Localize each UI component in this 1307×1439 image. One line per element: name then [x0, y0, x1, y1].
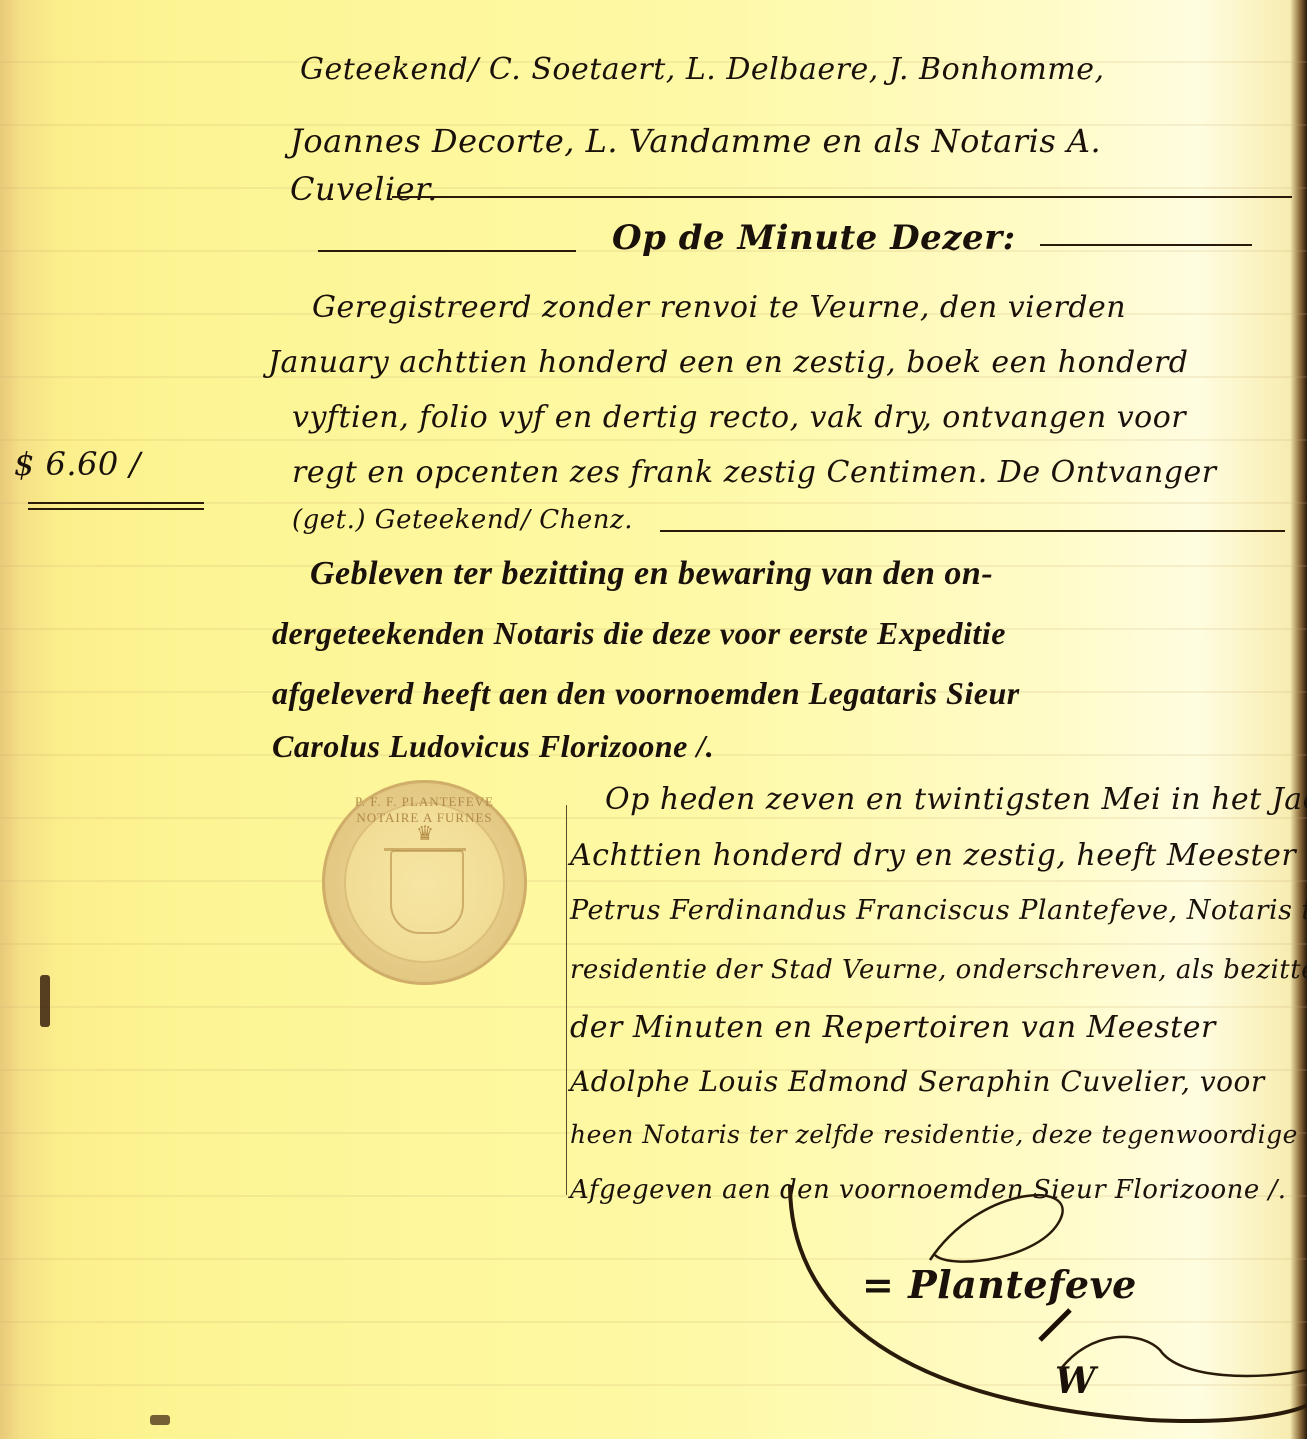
ink-blot	[150, 1415, 170, 1425]
signature-flourish-icon	[0, 0, 1307, 1439]
ink-stain	[40, 975, 50, 1027]
